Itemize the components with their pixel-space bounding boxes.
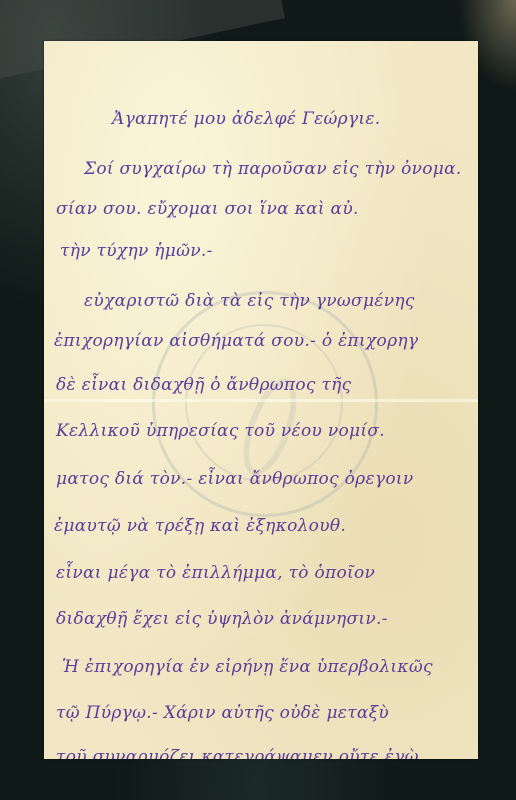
letter-paper: Ἀγαπητέ μου ἀδελφέ Γεώργιε. Σοί συγχαίρω…	[44, 41, 478, 759]
letter-line: τὴν τύχην ἡμῶν.-	[60, 241, 213, 261]
letter-line: εὐχαριστῶ διὰ τὰ εἰς τὴν γνωσμένης	[84, 291, 415, 311]
letter-line: διδαχθῇ ἔχει εἰς ὑψηλὸν ἀνάμνησιν.-	[56, 609, 388, 629]
letter-line: Σοί συγχαίρω τὴ παροῦσαν εἰς τὴν ὀνομα.	[84, 159, 462, 179]
letter-line: τοῦ συναρμόζει κατεγράψαμεν οὔτε ἐγὼ	[56, 747, 419, 759]
letter-line: Ἡ ἐπιχορηγία ἐν εἰρήνῃ ἕνα ὑπερβολικῶς	[62, 657, 433, 677]
salutation: Ἀγαπητέ μου ἀδελφέ Γεώργιε.	[112, 109, 381, 129]
letter-line: τῷ Πύργῳ.- Χάριν αὐτῆς οὐδὲ μεταξὺ	[56, 703, 389, 723]
letter-line: δὲ εἶναι διδαχθῇ ὁ ἄνθρωπος τῆς	[56, 375, 351, 395]
letter-line: εἶναι μέγα τὸ ἐπιλλήμμα, τὸ ὁποῖον	[56, 563, 375, 583]
letter-line: σίαν σου. εὔχομαι σοι ἵνα καὶ αὐ.	[56, 199, 359, 219]
fold-crease	[44, 399, 478, 402]
letter-line: Κελλικοῦ ὑπηρεσίας τοῦ νέου νομίσ.	[56, 421, 385, 441]
letter-line: ἐπιχορηγίαν αἰσθήματά σου.- ὁ ἐπιχορηγ	[54, 331, 418, 351]
letter-line: ματος διά τὸν.- εἶναι ἄνθρωπος ὀρεγοιν	[56, 469, 413, 489]
letter-line: ἐμαυτῷ νὰ τρέξῃ καὶ ἐξηκολουθ.	[54, 516, 346, 536]
